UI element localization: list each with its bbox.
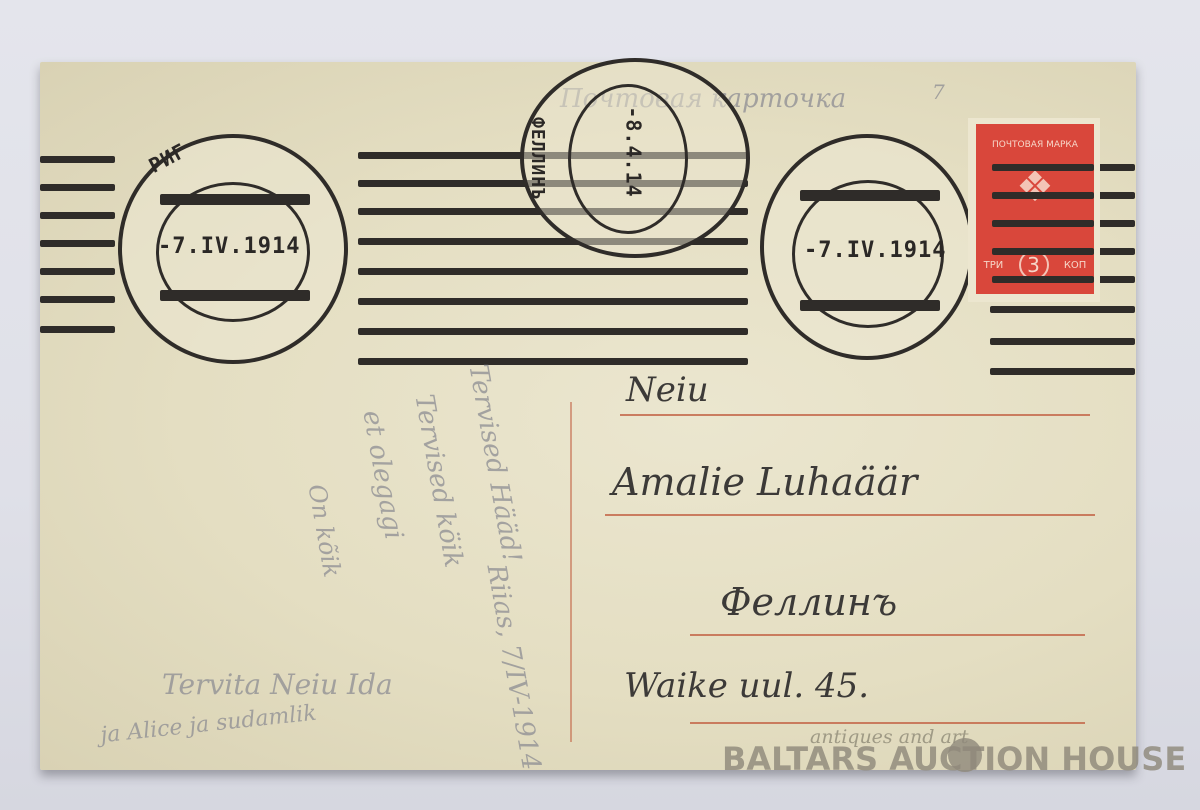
message-line-f: On kõik	[302, 482, 346, 579]
message-line-a: Tervita Neiu Ida	[162, 668, 393, 701]
postmark-fellin: -8.4.14 ФЕЛЛИНЪ	[520, 58, 750, 258]
watermark-logo-icon	[948, 738, 982, 772]
address-line2: Amalie Luhaäär	[612, 460, 917, 504]
address-line3: Феллинъ	[720, 580, 897, 624]
corner-mark: 7	[932, 80, 945, 104]
postage-stamp: ПОЧТОВАЯ МАРКА ❖ ТРИ 3 КОП	[976, 124, 1094, 294]
message-line-e: et olegagi	[356, 408, 408, 542]
postmark-riga-left: -7.IV.1914 РИГ	[118, 134, 348, 364]
message-line-d: Tervised köik	[408, 392, 468, 570]
divider-vertical	[570, 402, 572, 742]
postmark-riga-right: -7.IV.1914	[760, 134, 974, 360]
address-line1: Neiu	[626, 370, 709, 410]
address-line4: Waike uul. 45.	[624, 666, 869, 706]
message-date: Riias, 7/IV-1914	[480, 562, 546, 773]
message-line-c: Tervised Hääd!	[462, 362, 526, 565]
message-line-b: ja Alice ja sudamlik	[99, 701, 318, 749]
postcard: Почтовая карточка 7 -7.IV.1	[40, 62, 1136, 770]
